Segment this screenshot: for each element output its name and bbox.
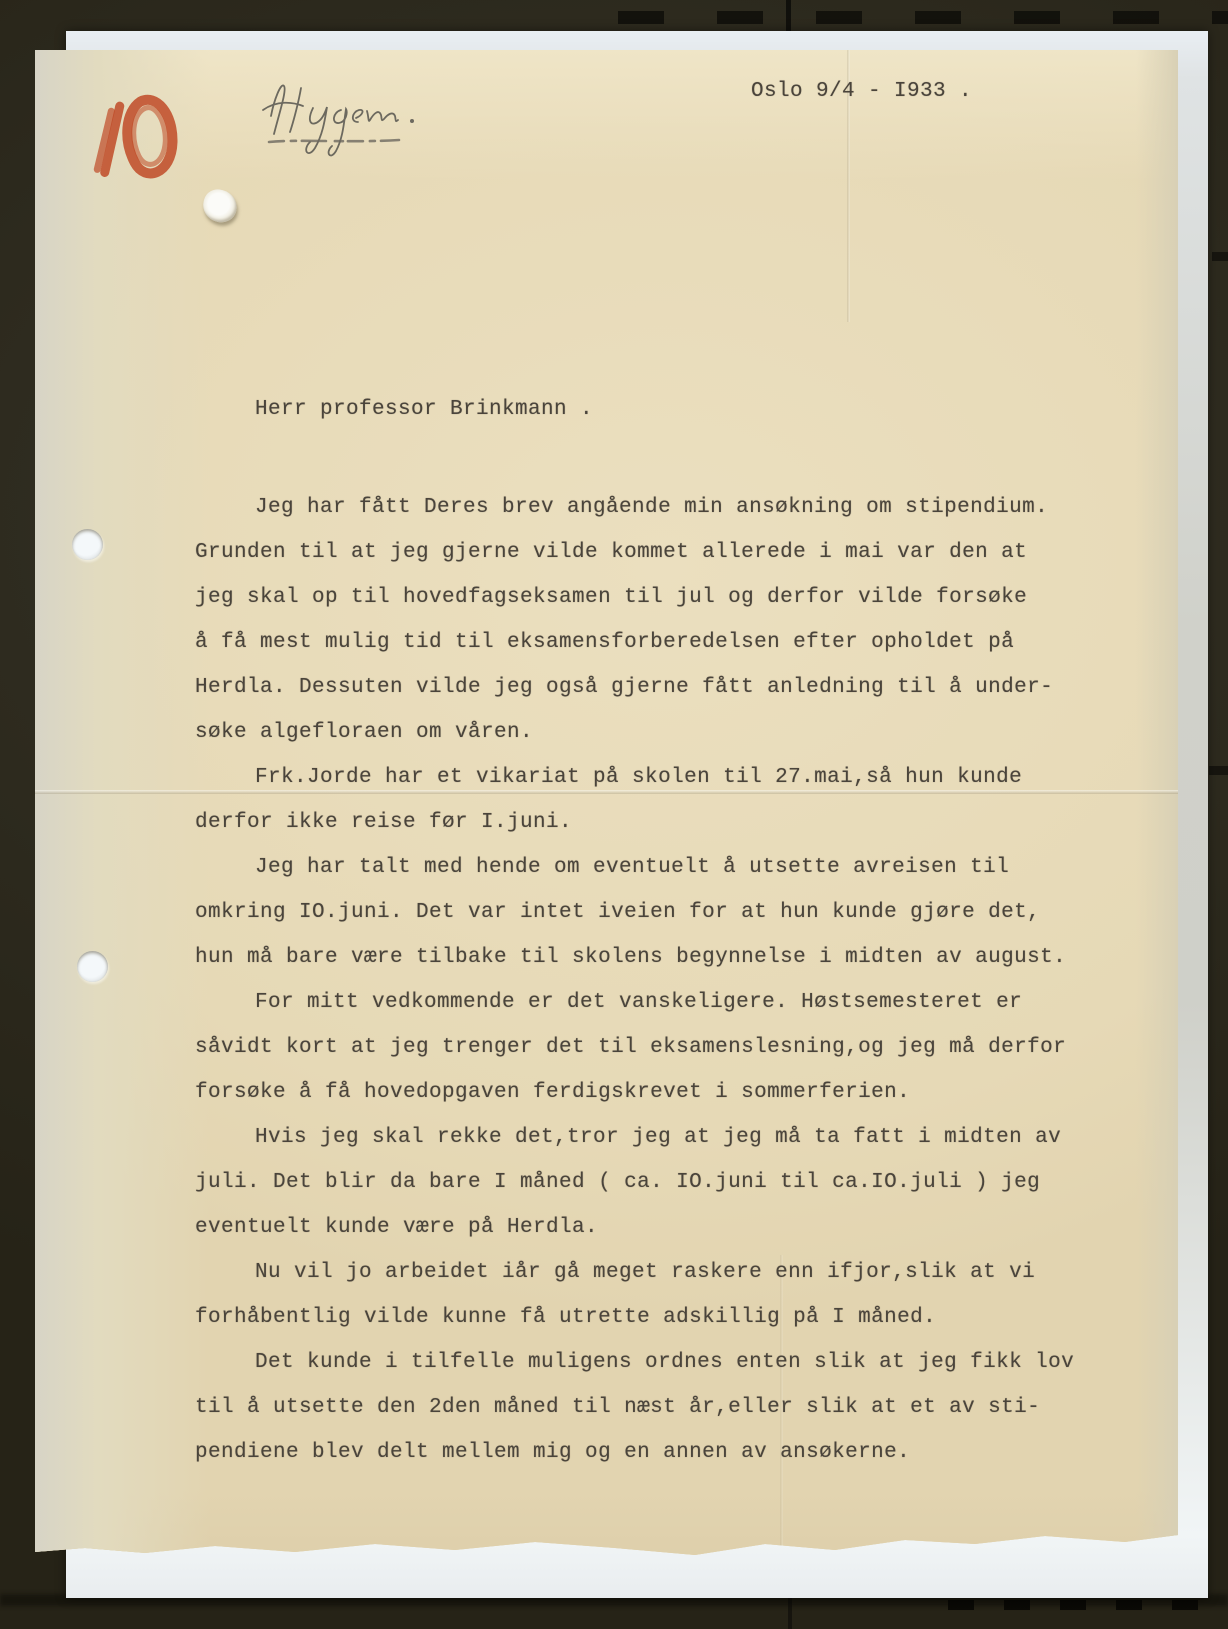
letter-line: eventuelt kunde være på Herdla. — [195, 1205, 1125, 1250]
letter-line: forhåbentlig vilde kunne få utrette adsk… — [195, 1295, 1125, 1340]
letter-line: Jeg har talt med hende om eventuelt å ut… — [195, 845, 1125, 890]
letter-line: jeg skal op til hovedfagseksamen til jul… — [195, 575, 1125, 620]
background-mark — [1212, 252, 1228, 261]
letter-body: Jeg har fått Deres brev angående min ans… — [195, 485, 1125, 1475]
letter-line: Jeg har fått Deres brev angående min ans… — [195, 485, 1125, 530]
scanned-letter-page: { "document": { "kind": "typewritten let… — [0, 0, 1228, 1629]
letter-line: juli. Det blir da bare I måned ( ca. IO.… — [195, 1160, 1125, 1205]
letter-line: Grunden til at jeg gjerne vilde kommet a… — [195, 530, 1125, 575]
letter-line: søke algefloraen om våren. — [195, 710, 1125, 755]
background-stitch-marks — [618, 11, 1228, 24]
background-mark — [1209, 766, 1228, 775]
letter-line: såvidt kort at jeg trenger det til eksam… — [195, 1025, 1125, 1070]
dateline: Oslo 9/4 - I933 . — [751, 80, 972, 103]
letter-line: pendiene blev delt mellem mig og en anne… — [195, 1430, 1125, 1475]
punch-hole-bottom — [77, 951, 108, 982]
letter-line: Nu vil jo arbeidet iår gå meget raskere … — [195, 1250, 1125, 1295]
salutation: Herr professor Brinkmann . — [255, 398, 593, 421]
handwritten-name-pencil — [257, 72, 432, 172]
letter-paper: Oslo 9/4 - I933 . Herr professor Brinkma… — [35, 50, 1178, 1560]
letter-line: derfor ikke reise før I.juni. — [195, 800, 1125, 845]
letter-line: omkring IO.juni. Det var intet iveien fo… — [195, 890, 1125, 935]
letter-line: Hvis jeg skal rekke det,tror jeg at jeg … — [195, 1115, 1125, 1160]
archive-number-red-crayon — [73, 81, 207, 215]
letter-line: For mitt vedkommende er det vanskeligere… — [195, 980, 1125, 1025]
letter-line: Frk.Jorde har et vikariat på skolen til … — [195, 755, 1125, 800]
punch-hole-top — [72, 529, 103, 560]
letter-line: å få mest mulig tid til eksamensforbered… — [195, 620, 1125, 665]
letter-line: hun må bare være tilbake til skolens beg… — [195, 935, 1125, 980]
letter-line: til å utsette den 2den måned til næst år… — [195, 1385, 1125, 1430]
letter-line: forsøke å få hovedopgaven ferdigskrevet … — [195, 1070, 1125, 1115]
background-stitch-marks — [948, 1600, 1228, 1610]
letter-line: Herdla. Dessuten vilde jeg også gjerne f… — [195, 665, 1125, 710]
letter-line: Det kunde i tilfelle muligens ordnes ent… — [195, 1340, 1125, 1385]
